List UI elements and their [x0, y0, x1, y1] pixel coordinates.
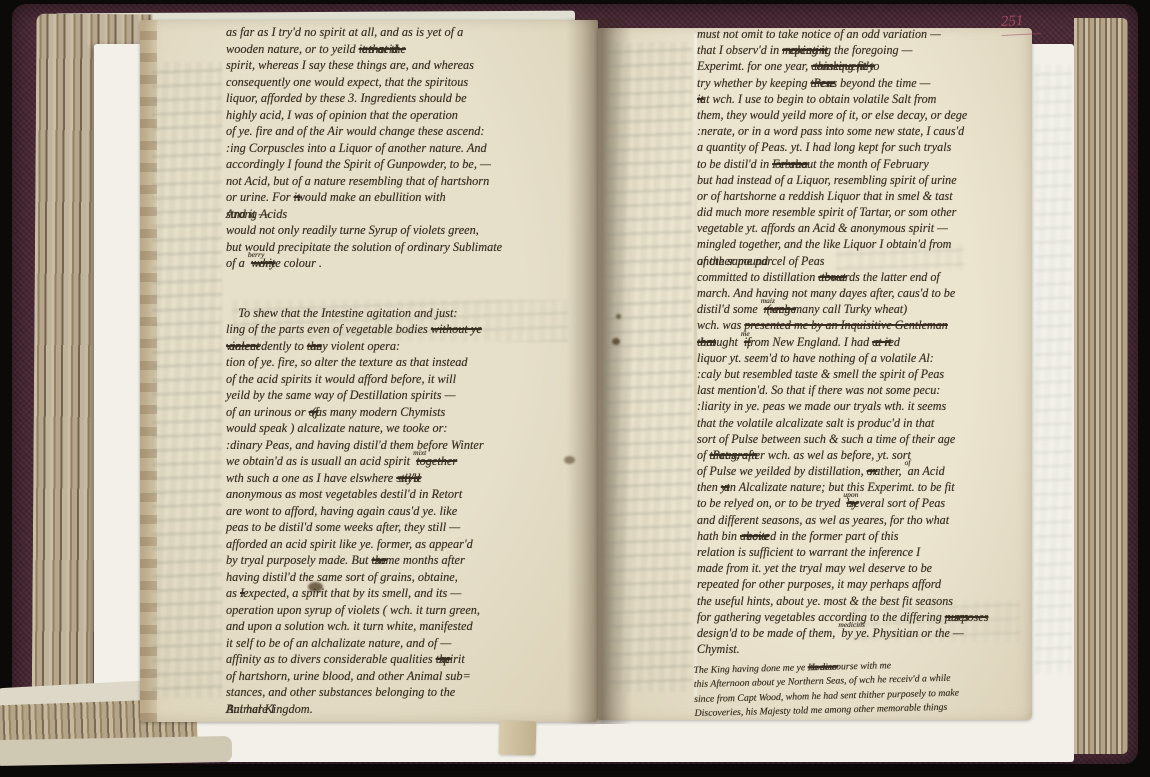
manuscript-line: another poundof the same parcel of Peas	[697, 253, 1030, 269]
manuscript-line: that brought me it from New England. I h…	[697, 334, 1030, 350]
diary-entry-text: The King having done me ye Honour to dis…	[693, 656, 1024, 722]
manuscript-line: of ye. fire and of the Air would change …	[226, 123, 584, 140]
corner-page-stack	[0, 736, 232, 766]
manuscript-line: consequently one would expect, that the …	[226, 74, 584, 91]
manuscript-line: or urine. For it would make an ebullitio…	[226, 189, 584, 206]
manuscript-line: ling of the parts even of vegetable bodi…	[226, 321, 584, 338]
page-edges-right	[1074, 18, 1128, 754]
manuscript-line: To shew that the Intestine agitation and…	[226, 305, 584, 322]
manuscript-line: but had instead of a Liquor, resembling …	[697, 172, 1030, 188]
manuscript-line: it self to be of an alchalizate nature, …	[226, 635, 584, 652]
manuscript-line: liquor yt. seem'd to have nothing of a v…	[697, 350, 1030, 366]
manuscript-line: operation upon syrup of violets ( wch. i…	[226, 602, 584, 619]
manuscript-line: must not omit to take notice of an odd v…	[697, 26, 1030, 42]
manuscript-line: Chymist.	[697, 641, 1030, 657]
manuscript-line: :dinary Peas, and having distil'd them b…	[226, 437, 584, 454]
ink-blot	[612, 338, 620, 345]
manuscript-line: but would precipitate the solution of or…	[226, 239, 584, 256]
manuscript-line: to be distil'd in Februa or about the mo…	[697, 156, 1030, 172]
manuscript-line: that I observ'd in making it repeating t…	[697, 42, 1030, 58]
show-through-text	[604, 42, 692, 692]
manuscript-line: anonymous as most vegetables destil'd in…	[226, 486, 584, 503]
left-page-text: as far as I try'd no spirit at all, and …	[226, 24, 584, 717]
manuscript-line: highly acid, I was of opinion that the o…	[226, 107, 584, 124]
manuscript-line: :nerate, or in a word pass into some new…	[697, 123, 1030, 139]
manuscript-line: not Acid, but of a nature resembling tha…	[226, 173, 584, 190]
right-page-text: must not omit to take notice of an odd v…	[697, 26, 1030, 657]
manuscript-line: and upon a solution wch. it turn white, …	[226, 618, 584, 635]
manuscript-line: strong AcidsAnd it —	[226, 206, 584, 223]
manuscript-line	[226, 272, 584, 289]
manuscript-line: as I expected, a spirit that by its smel…	[226, 585, 584, 602]
manuscript-line: :caly but resembled taste & smell the sp…	[697, 366, 1030, 382]
manuscript-line: to be relyed on, or to be tryed upon by …	[697, 495, 1030, 511]
manuscript-line: wooden nature, or to yeild it that the a…	[226, 41, 584, 58]
manuscript-line: liquor, afforded by these 3. Ingredients…	[226, 90, 584, 107]
manuscript-line: spirit, whereas I say these things are, …	[226, 57, 584, 74]
manuscript-line: committed to distillation about towards …	[697, 269, 1030, 285]
manuscript-line: of an urinous or of (as many modern Chym…	[226, 404, 584, 421]
manuscript-line: having distil'd the same sort of grains,…	[226, 569, 584, 586]
manuscript-line: tion of ye. fire, so alter the texture a…	[226, 354, 584, 371]
manuscript-line: Animal Kingdom.But here I	[226, 701, 584, 718]
manuscript-line: of a berry wory white colour .	[226, 255, 584, 272]
manuscript-line: last mention'd. So that if there was not…	[697, 382, 1030, 398]
manuscript-line: of the acid spirits it would afford befo…	[226, 371, 584, 388]
manuscript-line: yeild by the same way of Destillation sp…	[226, 387, 584, 404]
manuscript-line: afforded an acid spirit like ye. former,…	[226, 536, 584, 553]
manuscript-line: or of hartshorne a reddish Liquor that i…	[697, 188, 1030, 204]
manuscript-line	[226, 288, 584, 305]
manuscript-photo: as far as I try'd no spirit at all, and …	[0, 0, 1150, 777]
manuscript-line: sort of Pulse between such & such a time…	[697, 431, 1030, 447]
manuscript-line: design'd to be made of them, medicins by…	[697, 625, 1030, 641]
ink-blot	[616, 314, 621, 319]
manuscript-line: of hartshorn, urine blood, and other Ani…	[226, 668, 584, 685]
manuscript-line: would not only readily turne Syrup of vi…	[226, 222, 584, 239]
page-tab	[499, 721, 537, 756]
manuscript-line: of that grain Peas, after wch. as wel as…	[697, 447, 1030, 463]
manuscript-line: :ing Corpuscles into a Liquor of another…	[226, 140, 584, 157]
manuscript-line: try whether by keeping these Peas beyond…	[697, 75, 1030, 91]
manuscript-line: :liarity in ye. peas we made our tryals …	[697, 398, 1030, 414]
manuscript-line: would speak ) alcalizate nature, we took…	[226, 420, 584, 437]
manuscript-line: vegetable yt. affords an Acid & anonymou…	[697, 220, 1030, 236]
show-through-text	[152, 62, 222, 698]
manuscript-line: peas to be distil'd some weeks after, th…	[226, 519, 584, 536]
manuscript-line: and different seasons, as wel as yeares,…	[697, 512, 1030, 528]
manuscript-line: that the volatile alcalizate salt is pro…	[697, 415, 1030, 431]
manuscript-line: repeated for other purposes, it may perh…	[697, 576, 1030, 592]
manuscript-line: distil'd some maiz mange (wch many call …	[697, 301, 1030, 317]
manuscript-line: march. And having not many dayes after, …	[697, 285, 1030, 301]
manuscript-line: relation is sufficient to warrant the in…	[697, 544, 1030, 560]
manuscript-line: accordingly I found the Spirit of Gunpow…	[226, 156, 584, 173]
manuscript-line: mingled together, and the like Liquor I …	[697, 236, 1030, 252]
manuscript-line: them, they would yeild more of it, or el…	[697, 107, 1030, 123]
manuscript-line: the useful hints, about ye. most & the b…	[697, 593, 1030, 609]
manuscript-line: made from it. yet the tryal may wel dese…	[697, 560, 1030, 576]
manuscript-line: hath bin above recited in the former par…	[697, 528, 1030, 544]
manuscript-line: affinity as to divers considerable quali…	[226, 651, 584, 668]
manuscript-line: of Pulse we yeilded by distillation, or …	[697, 463, 1030, 479]
manuscript-line: then yt an Alcalizate nature; but this E…	[697, 479, 1030, 495]
show-through-text	[1034, 64, 1072, 674]
manuscript-line: stances, and other substances belonging …	[226, 684, 584, 701]
manuscript-line: are wont to afford, having again caus'd …	[226, 503, 584, 520]
manuscript-line: a quantity of Peas. yt. I had long kept …	[697, 139, 1030, 155]
page-number: 251	[1000, 12, 1041, 36]
manuscript-line: did much more resemble spirit of Tartar,…	[697, 204, 1030, 220]
manuscript-line: Experimt. for one year, consequently thi…	[697, 58, 1030, 74]
manuscript-line: as far as I try'd no spirit at all, and …	[226, 24, 584, 41]
manuscript-line: wth such a one as I have elswhere stil'd…	[226, 470, 584, 487]
manuscript-line: it at wch. I use to begin to obtain vola…	[697, 91, 1030, 107]
manuscript-line: by tryal purposely made. But the some mo…	[226, 552, 584, 569]
manuscript-line: violent antecedently to the any violent …	[226, 338, 584, 355]
manuscript-line: we obtain'd as is usuall an acid spirit …	[226, 453, 584, 470]
